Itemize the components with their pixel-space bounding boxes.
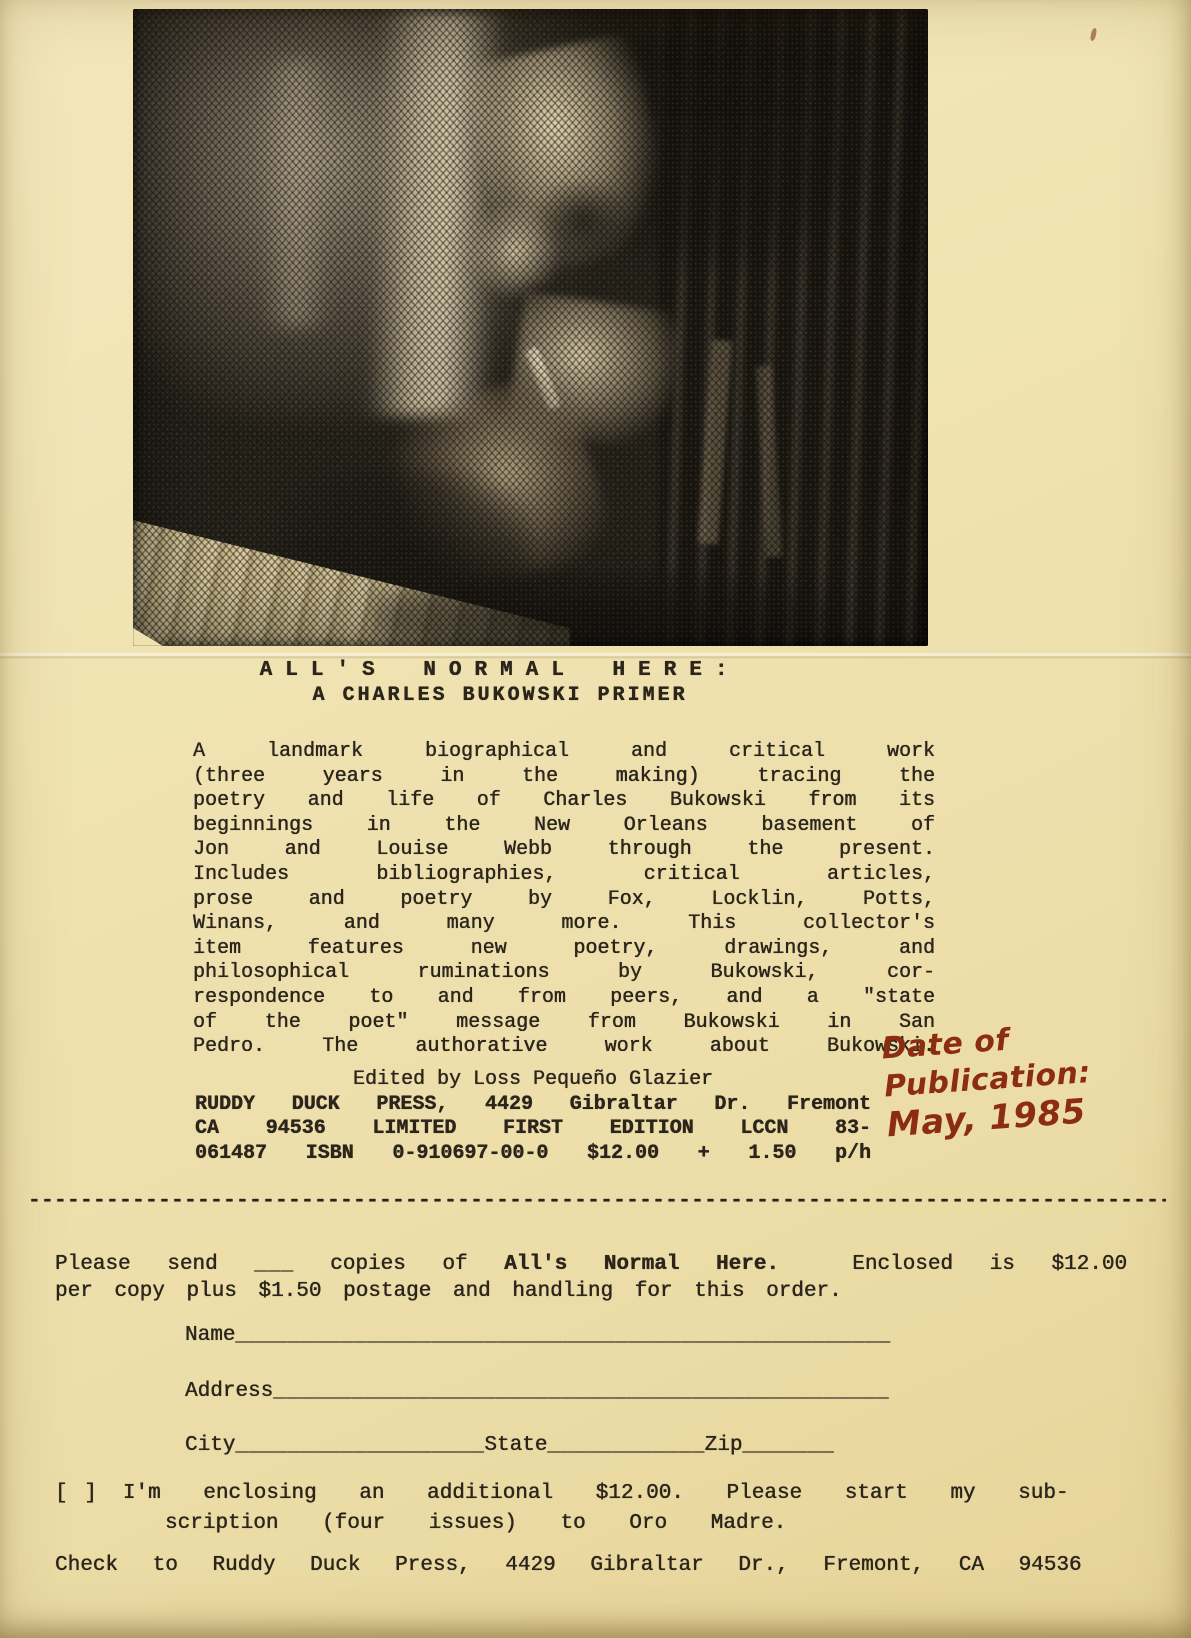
description-line: (three years in the making) tracing the <box>193 765 935 790</box>
name-field: Name____________________________________… <box>185 1324 891 1347</box>
subscription-line2: scription (four issues) to Oro Madre. <box>165 1512 786 1535</box>
description-line: Jon and Louise Webb through the present. <box>193 838 935 863</box>
flyer-page: ALL'S NORMAL HERE: A CHARLES BUKOWSKI PR… <box>0 0 1191 1638</box>
state-label: State <box>484 1434 547 1457</box>
state-input-line[interactable]: ____________ <box>547 1434 704 1457</box>
description-line: prose and poetry by Fox, Locklin, Potts, <box>193 888 935 913</box>
zip-label: Zip <box>705 1434 743 1457</box>
publisher-line: RUDDY DUCK PRESS, 4429 Gibraltar Dr. Fre… <box>195 1093 871 1118</box>
city-state-zip-field: City___________________State____________… <box>185 1434 834 1457</box>
handwritten-note: Date ofPublication:May, 1985 <box>880 1010 1187 1145</box>
publisher-line: Edited by Loss Pequeño Glazier <box>195 1068 871 1093</box>
copies-blank[interactable]: ___ <box>254 1253 293 1276</box>
publisher-block: Edited by Loss Pequeño GlazierRUDDY DUCK… <box>195 1068 871 1166</box>
name-label: Name <box>185 1324 235 1347</box>
tear-off-separator: ----------------------------------------… <box>28 1190 1166 1213</box>
publisher-line: 061487 ISBN 0-910697-00-0 $12.00 + 1.50 … <box>195 1142 871 1167</box>
order-intro-line2: per copy plus $1.50 postage and handling… <box>55 1279 842 1305</box>
description-line: Winans, and many more. This collector's <box>193 912 935 937</box>
bukowski-photo <box>133 9 928 646</box>
flyer-title: ALL'S NORMAL HERE: <box>60 658 940 684</box>
description-line: of the poet" message from Bukowski in Sa… <box>193 1011 935 1036</box>
name-input-line[interactable]: ________________________________________… <box>235 1324 890 1347</box>
flyer-subtitle: A CHARLES BUKOWSKI PRIMER <box>60 684 940 708</box>
description-line: philosophical ruminations by Bukowski, c… <box>193 961 935 986</box>
order-intro-line1: Please send ___ copies of All's Normal H… <box>55 1252 1145 1278</box>
intro-suffix: Enclosed is $12.00 <box>779 1253 1127 1276</box>
title-block: ALL'S NORMAL HERE: A CHARLES BUKOWSKI PR… <box>60 658 940 708</box>
description-line: beginnings in the New Orleans basement o… <box>193 814 935 839</box>
description-line: Includes bibliographies, critical articl… <box>193 863 935 888</box>
description-paragraph: A landmark biographical and critical wor… <box>193 740 935 1060</box>
address-input-line[interactable]: ________________________________________… <box>273 1380 889 1403</box>
intro-mid: copies of <box>294 1253 505 1276</box>
zip-input-line[interactable]: _______ <box>742 1434 834 1457</box>
description-line: Pedro. The authorative work about Bukows… <box>193 1035 935 1060</box>
publisher-line: CA 94536 LIMITED FIRST EDITION LCCN 83- <box>195 1117 871 1142</box>
description-line: poetry and life of Charles Bukowski from… <box>193 789 935 814</box>
subscription-checkbox[interactable]: [ ] <box>55 1482 97 1505</box>
subscription-text-line1: I'm enclosing an additional $12.00. Plea… <box>123 1482 1069 1505</box>
intro-prefix: Please send <box>55 1253 254 1276</box>
description-line: A landmark biographical and critical wor… <box>193 740 935 765</box>
pen-mark <box>1090 28 1098 42</box>
city-label: City <box>185 1434 235 1457</box>
description-line: item features new poetry, drawings, and <box>193 937 935 962</box>
photo-vignette <box>133 9 928 646</box>
payment-instruction: Check to Ruddy Duck Press, 4429 Gibralta… <box>55 1554 1082 1577</box>
city-input-line[interactable]: ___________________ <box>235 1434 484 1457</box>
address-label: Address <box>185 1380 273 1403</box>
description-line: respondence to and from peers, and a "st… <box>193 986 935 1011</box>
book-title: All's Normal Here. <box>504 1253 779 1276</box>
address-field: Address_________________________________… <box>185 1380 889 1403</box>
subscription-line1: [ ]I'm enclosing an additional $12.00. P… <box>55 1482 1069 1505</box>
